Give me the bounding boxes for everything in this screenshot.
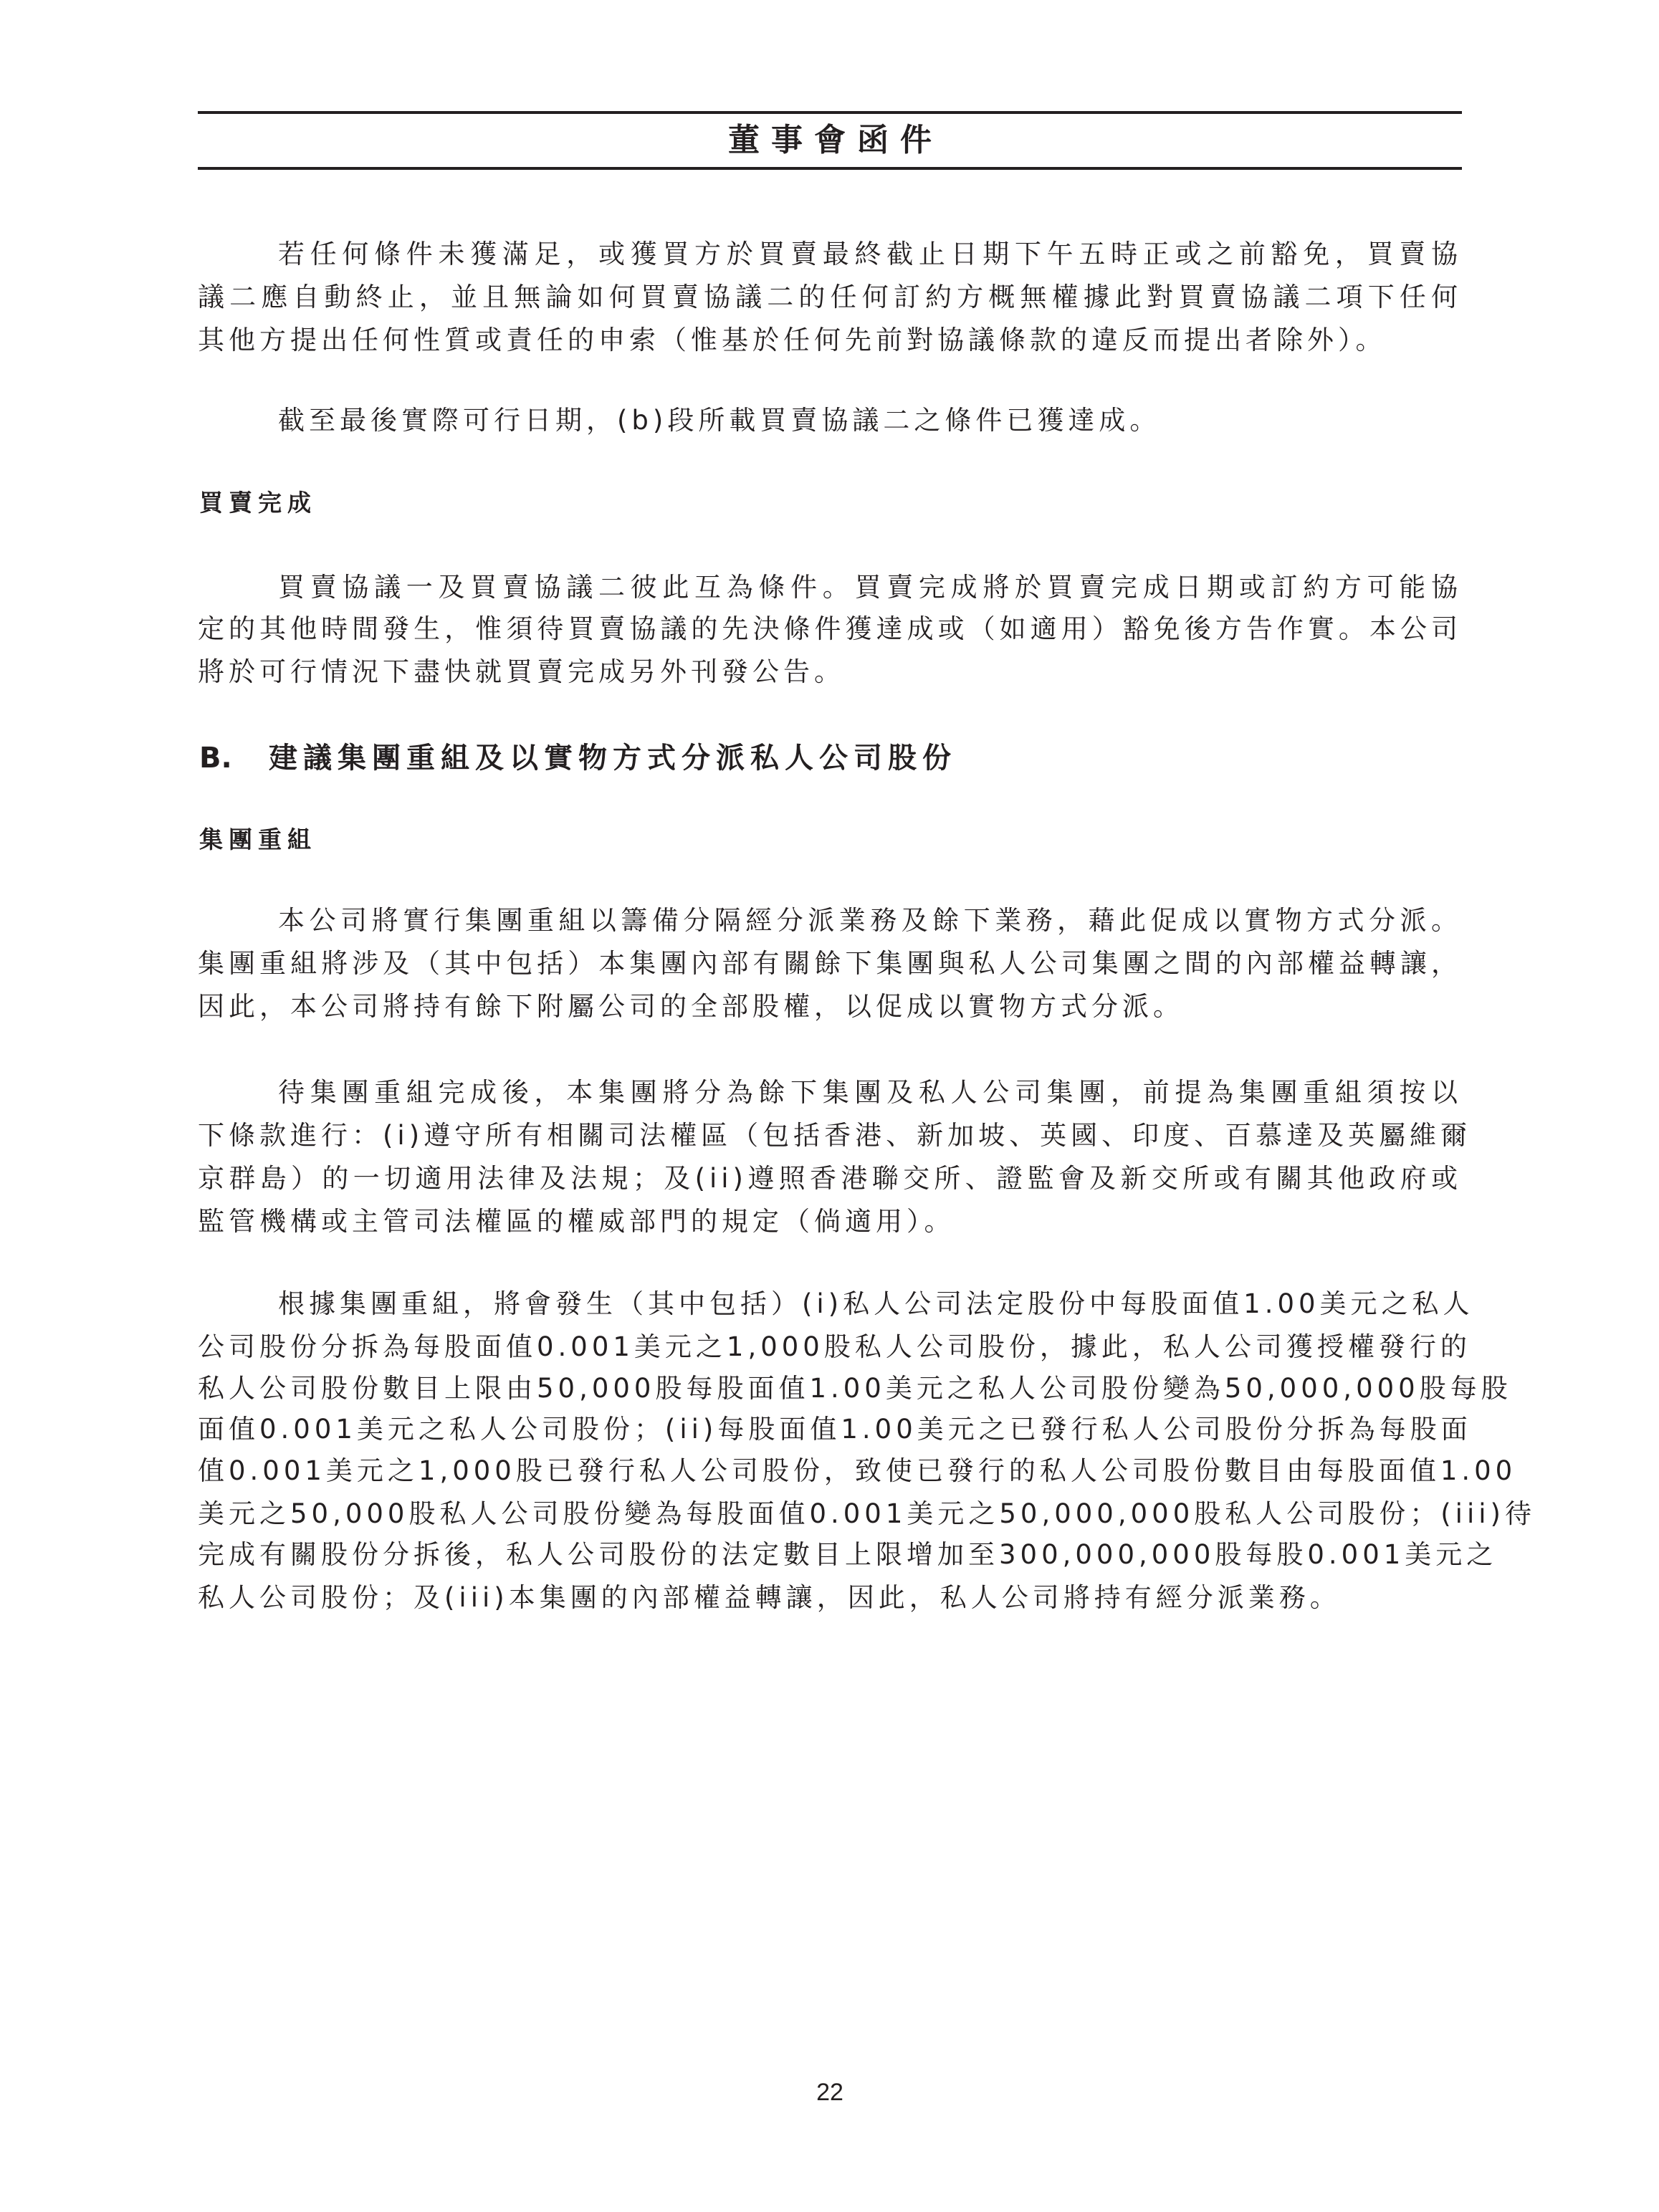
section-title: 建議集團重組及以實物方式分派私人公司股份 [269,742,957,775]
subheading-completion: 買賣完成 [199,487,317,519]
page-title: 董事會函件 [198,119,1462,162]
text-line: 本公司將實行集團重組以籌備分隔經分派業務及餘下業務，藉此促成以實物方式分派。 [278,903,1462,939]
text-line: 截至最後實際可行日期，(b)段所載買賣協議二之條件已獲達成。 [278,403,1462,439]
text-line: 定的其他時間發生，惟須待買賣協議的先決條件獲達成或（如適用）豁免後方告作實。本公… [198,611,1462,647]
text-line: 私人公司股份；及(iii)本集團的內部權益轉讓，因此，私人公司將持有經分派業務。 [198,1580,1462,1616]
text-line: 美元之50,000股私人公司股份變為每股面值0.001美元之50,000,000… [198,1496,1462,1532]
text-line: 若任何條件未獲滿足，或獲買方於買賣最終截止日期下午五時正或之前豁免，買賣協 [278,236,1462,272]
section-heading-b: B.建議集團重組及以實物方式分派私人公司股份 [199,738,957,778]
text-line: 值0.001美元之1,000股已發行私人公司股份，致使已發行的私人公司股份數目由… [198,1453,1462,1489]
text-line: 私人公司股份數目上限由50,000股每股面值1.00美元之私人公司股份變為50,… [198,1371,1462,1407]
section-letter: B. [199,738,269,778]
text-line: 京群島）的一切適用法律及法規；及(ii)遵照香港聯交所、證監會及新交所或有關其他… [198,1161,1462,1197]
page-number: 22 [794,2077,866,2108]
text-line: 議二應自動終止，並且無論如何買賣協議二的任何訂約方概無權據此對買賣協議二項下任何 [198,279,1462,315]
header-rule-top [198,111,1462,114]
subheading-reorganisation: 集團重組 [199,824,317,856]
text-line: 下條款進行：(i)遵守所有相關司法權區（包括香港、新加坡、英國、印度、百慕達及英… [198,1118,1462,1154]
text-line: 面值0.001美元之私人公司股份；(ii)每股面值1.00美元之已發行私人公司股… [198,1412,1462,1447]
text-line: 完成有關股份分拆後，私人公司股份的法定數目上限增加至300,000,000股每股… [198,1537,1462,1573]
text-line: 其他方提出任何性質或責任的申索（惟基於任何先前對協議條款的違反而提出者除外）。 [198,322,1462,358]
text-line: 因此，本公司將持有餘下附屬公司的全部股權，以促成以實物方式分派。 [198,989,1462,1025]
header-rule-bottom [198,167,1462,170]
text-line: 將於可行情況下盡快就買賣完成另外刊發公告。 [198,654,1462,690]
text-line: 根據集團重組，將會發生（其中包括）(i)私人公司法定股份中每股面值1.00美元之… [278,1286,1462,1322]
text-line: 監管機構或主管司法權區的權威部門的規定（倘適用）。 [198,1204,1462,1240]
text-line: 公司股份分拆為每股面值0.001美元之1,000股私人公司股份，據此，私人公司獲… [198,1329,1462,1365]
text-line: 買賣協議一及買賣協議二彼此互為條件。買賣完成將於買賣完成日期或訂約方可能協 [278,570,1462,605]
text-line: 集團重組將涉及（其中包括）本集團內部有關餘下集團與私人公司集團之間的內部權益轉讓… [198,946,1462,982]
text-line: 待集團重組完成後，本集團將分為餘下集團及私人公司集團，前提為集團重組須按以 [278,1075,1462,1111]
